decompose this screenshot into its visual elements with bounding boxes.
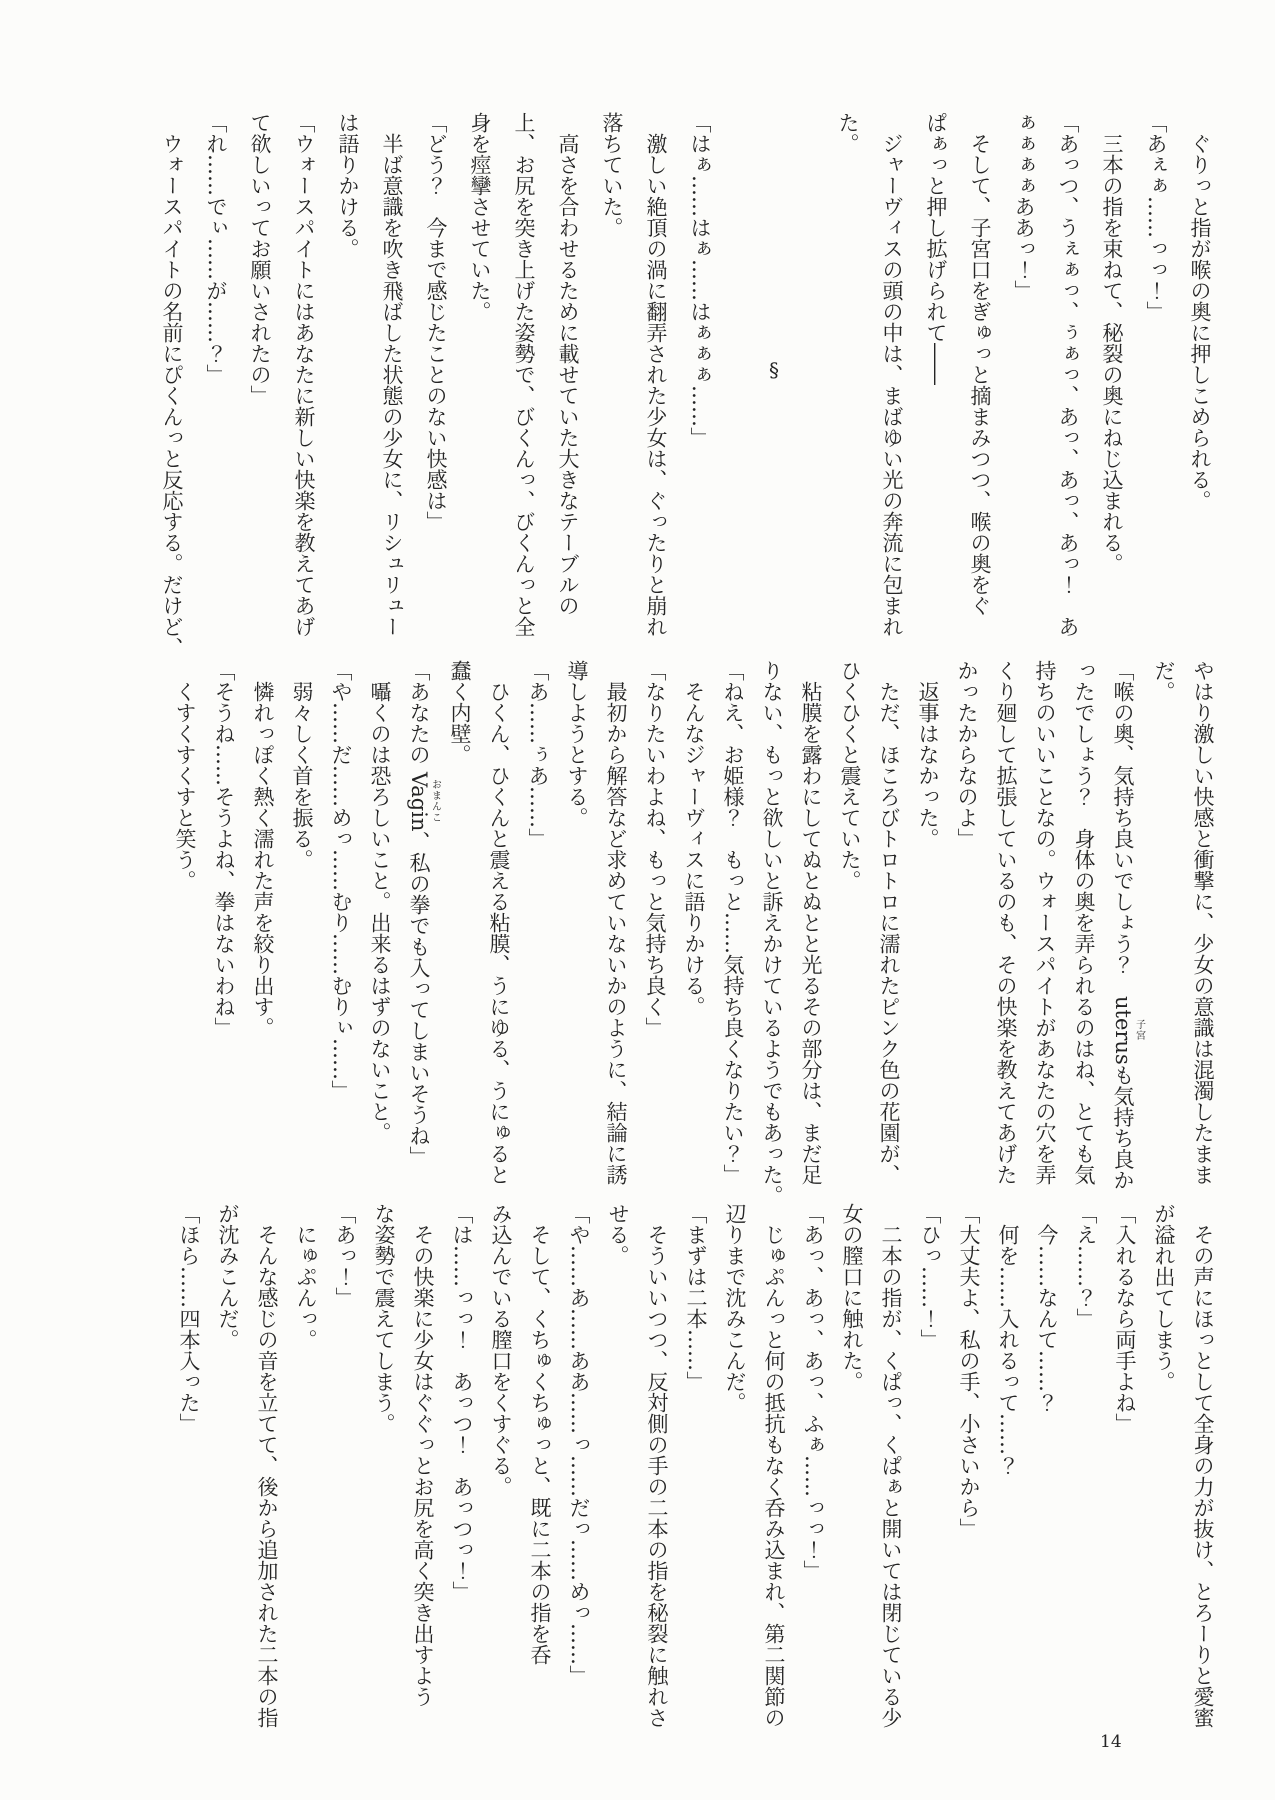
text-column: そして、子宮口をぎゅっと摘まみつつ、喉の奥をぐ	[958, 112, 1002, 628]
text-column: 半ば意識を吹き飛ばした状態の少女に、リシュリュー	[370, 112, 414, 628]
text-column: そして、くちゅくちゅっと、既に二本の指を呑	[520, 1203, 559, 1719]
text-column: 激しい絶頂の渦に翻弄された少女は、ぐったりと崩れ	[634, 112, 678, 628]
text-column: せる。	[598, 1203, 637, 1719]
text-column: 「え……？」	[1066, 1203, 1105, 1719]
text-column: 「あっ！」	[325, 1203, 364, 1719]
text-column: 「そうね……そうよね、拳はないわね」	[204, 660, 243, 1176]
text-column: 「あなたの Vaginおまんこ、私の拳でも入ってしまいそうね」	[399, 660, 440, 1176]
text-column: 「あ……ぅあ……」	[518, 660, 557, 1176]
text-column: そんな感じの音を立てて、後から追加された二本の指	[247, 1203, 286, 1719]
text-column: やはり激しい快感と衝撃に、少女の意識は混濁したまま	[1183, 660, 1222, 1176]
text-column: ジャーヴィスの頭の中は、まばゆい光の奔流に包まれ	[870, 112, 914, 628]
text-column: くすくすくすと笑う。	[165, 660, 204, 1176]
page-number: 14	[1100, 1732, 1122, 1752]
text-column: 「れ……でぃ……が……？」	[194, 112, 238, 628]
text-column: が沈みこんだ。	[208, 1203, 247, 1719]
ruby-annotated-word: Vaginおまんこ	[407, 772, 431, 831]
text-column: ウォースパイトの名前にぴくんっと反応する。だけど、	[150, 112, 194, 628]
text-column: て欲しいってお願いされたの」	[238, 112, 282, 628]
text-column: そういいつつ、反対側の手の二本の指を秘裂に触れさ	[637, 1203, 676, 1719]
text-column: 「まずは二本……」	[676, 1203, 715, 1719]
text-column: 返事はなかった。	[908, 660, 947, 1176]
text-column: 「あっつ、うぇぁっ、ぅぁっ、あっ、あっ、あっ！ あ	[1046, 112, 1090, 628]
text-column: 「入れるなら両手よね」	[1105, 1203, 1144, 1719]
text-column: 辺りまで沈みこんだ。	[715, 1203, 754, 1719]
text-column: な姿勢で震えてしまう。	[364, 1203, 403, 1719]
text-column: そんなジャーヴィスに語りかける。	[674, 660, 713, 1176]
text-column: は語りかける。	[326, 112, 370, 628]
text-column: 憐れっぽく熱く濡れた声を絞り出す。	[243, 660, 282, 1176]
text-band-top: ぐりっと指が喉の奥に押しこめられる。「あぇぁ……っっ！」 三本の指を束ねて、秘裂…	[150, 112, 1222, 628]
text-column: ぱぁっと押し拡げられて――	[914, 112, 958, 628]
text-column: 上、お尻を突き上げた姿勢で、びくんっ、びくんっと全	[502, 112, 546, 628]
text-column: じゅぷんっと何の抵抗もなく呑み込まれ、第二関節の	[754, 1203, 793, 1719]
text-column: かったからなのよ」	[947, 660, 986, 1176]
text-column: ひくん、ひくんと震える粘膜、うにゆる、うにゅると	[479, 660, 518, 1176]
text-band-bottom: その声にほっとして全身の力が抜け、とろーりと愛蜜が溢れ出てしまう。「入れるなら両…	[169, 1203, 1222, 1719]
text-column: 「や……だ……めっ……むり……むりぃ……」	[321, 660, 360, 1176]
text-column: にゅぷんっ。	[286, 1203, 325, 1719]
text-column: だ。	[1144, 660, 1183, 1176]
text-column: 「はぁ……はぁ……はぁぁぁ……」	[678, 112, 722, 628]
text-column: くり廻して拡張しているのも、その快楽を教えてあげた	[986, 660, 1025, 1176]
text-column: 「ねえ、お姫様？ もっと……気持ち良くなりたい？」	[713, 660, 752, 1176]
text-column: ぐりっと指が喉の奥に押しこめられる。	[1178, 112, 1222, 628]
text-column: 落ちていた。	[590, 112, 634, 628]
text-column: 囁くのは恐ろしいこと。出来るはずのないこと。	[360, 660, 399, 1176]
novel-page: ぐりっと指が喉の奥に押しこめられる。「あぇぁ……っっ！」 三本の指を束ねて、秘裂…	[0, 0, 1275, 1800]
text-column: 「大丈夫よ、私の手、小さいから」	[949, 1203, 988, 1719]
text-column: 粘膜を露わにしてぬとぬとと光るその部分は、まだ足	[791, 660, 830, 1176]
text-column: ひくひくと震えていた。	[830, 660, 869, 1176]
text-column: 「ひっ……！」	[910, 1203, 949, 1719]
text-column: その声にほっとして全身の力が抜け、とろーりと愛蜜	[1183, 1203, 1222, 1719]
text-column: 二本の指が、くぱっ、くぱぁと開いては閉じている少	[871, 1203, 910, 1719]
text-column: 蠢く内壁。	[440, 660, 479, 1176]
text-column: 「は……っっ！ あっつ！ あっつっ！」	[442, 1203, 481, 1719]
text-column: 「や……あ……ああ……っ……だっ……めっ……」	[559, 1203, 598, 1719]
text-column: 持ちのいいことなの。ウォースパイトがあなたの穴を弄	[1025, 660, 1064, 1176]
text-column: りない、もっと欲しいと訴えかけているようでもあった。	[752, 660, 791, 1176]
text-column: 今……なんて……？	[1027, 1203, 1066, 1719]
text-column: 「あぇぁ……っっ！」	[1134, 112, 1178, 628]
text-column: 導しようとする。	[557, 660, 596, 1176]
text-column: 「どう？ 今まで感じたことのない快感は」	[414, 112, 458, 628]
text-column: 三本の指を束ねて、秘裂の奥にねじ込まれる。	[1090, 112, 1134, 628]
text-column: 弱々しく首を振る。	[282, 660, 321, 1176]
text-column: た。	[826, 112, 870, 628]
text-column: ただ、ほころびトロトロに濡れたピンク色の花園が、	[869, 660, 908, 1176]
text-column: が溢れ出てしまう。	[1144, 1203, 1183, 1719]
text-column: 「ほら……四本入った」	[169, 1203, 208, 1719]
text-column: 「喉の奥、気持ち良いでしょう？ uterus子宮も気持ち良か	[1103, 660, 1144, 1176]
text-band-middle: やはり激しい快感と衝撃に、少女の意識は混濁したままだ。「喉の奥、気持ち良いでしょ…	[165, 660, 1222, 1176]
text-column: 女の膣口に触れた。	[832, 1203, 871, 1719]
text-column: 「ウォースパイトにはあなたに新しい快楽を教えてあげ	[282, 112, 326, 628]
text-column: ぁぁぁぁああっ！」	[1002, 112, 1046, 628]
text-column: 何を……入れるって……？	[988, 1203, 1027, 1719]
text-column: 身を痙攣させていた。	[458, 112, 502, 628]
text-column: 最初から解答など求めていないかのように、結論に誘	[596, 660, 635, 1176]
text-column: 高さを合わせるために載せていた大きなテーブルの	[546, 112, 590, 628]
text-column: 「あっ、あっ、あっ、ふぁ……っっ！」	[793, 1203, 832, 1719]
text-column: ったでしょう？ 身体の奥を弄られるのはね、とても気	[1064, 660, 1103, 1176]
ruby-annotated-word: uterus子宮	[1111, 996, 1135, 1065]
text-column: み込んでいる膣口をくすぐる。	[481, 1203, 520, 1719]
text-column: 「なりたいわよね、もっと気持ち良く」	[635, 660, 674, 1176]
text-column: その快楽に少女はぐぐっとお尻を高く突き出すよう	[403, 1203, 442, 1719]
section-divider: §	[722, 112, 826, 628]
